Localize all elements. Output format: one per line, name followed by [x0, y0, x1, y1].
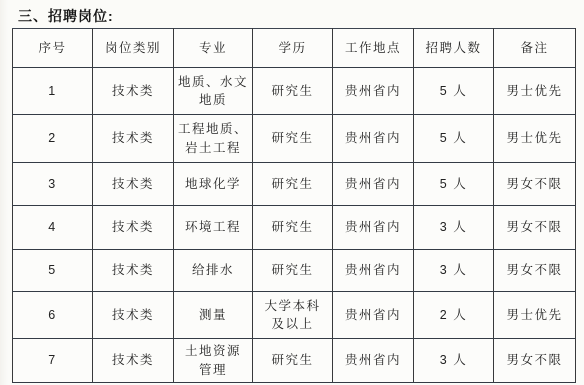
table-row: 7 技术类 土地资源 管理 研究生 贵州省内 3 人 男女不限 — [13, 339, 576, 383]
cell-location: 贵州省内 — [333, 339, 414, 383]
cell-count: 5 人 — [414, 68, 494, 115]
table-row: 3 技术类 地球化学 研究生 贵州省内 5 人 男女不限 — [13, 163, 576, 206]
cell-count: 3 人 — [414, 339, 494, 383]
cell-no: 5 — [13, 250, 93, 292]
header-category: 岗位类别 — [93, 29, 174, 68]
cell-category: 技术类 — [93, 163, 174, 206]
table-row: 4 技术类 环境工程 研究生 贵州省内 3 人 男女不限 — [13, 206, 576, 250]
cell-major: 测量 — [174, 292, 253, 339]
header-major: 专业 — [174, 29, 253, 68]
cell-major: 地球化学 — [174, 163, 253, 206]
header-note: 备注 — [494, 29, 576, 68]
cell-location: 贵州省内 — [333, 163, 414, 206]
table-row: 2 技术类 工程地质、 岩土工程 研究生 贵州省内 5 人 男士优先 — [13, 115, 576, 163]
cell-count: 2 人 — [414, 292, 494, 339]
cell-category: 技术类 — [93, 68, 174, 115]
cell-no: 4 — [13, 206, 93, 250]
cell-no: 2 — [13, 115, 93, 163]
table-row: 6 技术类 测量 大学本科 及以上 贵州省内 2 人 男士优先 — [13, 292, 576, 339]
cell-major: 工程地质、 岩土工程 — [174, 115, 253, 163]
cell-no: 6 — [13, 292, 93, 339]
cell-no: 3 — [13, 163, 93, 206]
cell-education: 研究生 — [253, 206, 333, 250]
cell-major: 地质、水文 地质 — [174, 68, 253, 115]
cell-location: 贵州省内 — [333, 206, 414, 250]
section-title: 三、招聘岗位: — [18, 6, 114, 26]
cell-no: 7 — [13, 339, 93, 383]
cell-note: 男士优先 — [494, 68, 576, 115]
header-row: 序号 岗位类别 专业 学历 工作地点 招聘人数 备注 — [13, 29, 576, 68]
table-row: 5 技术类 给排水 研究生 贵州省内 3 人 男女不限 — [13, 250, 576, 292]
cell-location: 贵州省内 — [333, 68, 414, 115]
cell-note: 男女不限 — [494, 339, 576, 383]
cell-count: 3 人 — [414, 206, 494, 250]
cell-category: 技术类 — [93, 292, 174, 339]
cell-count: 3 人 — [414, 250, 494, 292]
cell-count: 5 人 — [414, 115, 494, 163]
cell-note: 男士优先 — [494, 292, 576, 339]
cell-education: 研究生 — [253, 115, 333, 163]
cell-count: 5 人 — [414, 163, 494, 206]
header-location: 工作地点 — [333, 29, 414, 68]
cell-category: 技术类 — [93, 250, 174, 292]
cell-education: 研究生 — [253, 250, 333, 292]
header-count: 招聘人数 — [414, 29, 494, 68]
cell-location: 贵州省内 — [333, 292, 414, 339]
cell-category: 技术类 — [93, 115, 174, 163]
cell-no: 1 — [13, 68, 93, 115]
cell-education: 研究生 — [253, 68, 333, 115]
cell-location: 贵州省内 — [333, 250, 414, 292]
cell-major: 土地资源 管理 — [174, 339, 253, 383]
cell-education: 研究生 — [253, 339, 333, 383]
cell-note: 男女不限 — [494, 250, 576, 292]
cell-note: 男女不限 — [494, 163, 576, 206]
recruitment-positions-table: 序号 岗位类别 专业 学历 工作地点 招聘人数 备注 1 技术类 地质、水文 地… — [12, 28, 576, 383]
cell-category: 技术类 — [93, 339, 174, 383]
cell-major: 环境工程 — [174, 206, 253, 250]
cell-note: 男士优先 — [494, 115, 576, 163]
cell-education: 研究生 — [253, 163, 333, 206]
table-row: 1 技术类 地质、水文 地质 研究生 贵州省内 5 人 男士优先 — [13, 68, 576, 115]
cell-major: 给排水 — [174, 250, 253, 292]
cell-note: 男女不限 — [494, 206, 576, 250]
document-page: 三、招聘岗位: 序号 岗位类别 专业 学历 工作地点 招聘人数 备注 1 技术类… — [0, 0, 584, 385]
cell-location: 贵州省内 — [333, 115, 414, 163]
cell-education: 大学本科 及以上 — [253, 292, 333, 339]
header-no: 序号 — [13, 29, 93, 68]
cell-category: 技术类 — [93, 206, 174, 250]
header-education: 学历 — [253, 29, 333, 68]
